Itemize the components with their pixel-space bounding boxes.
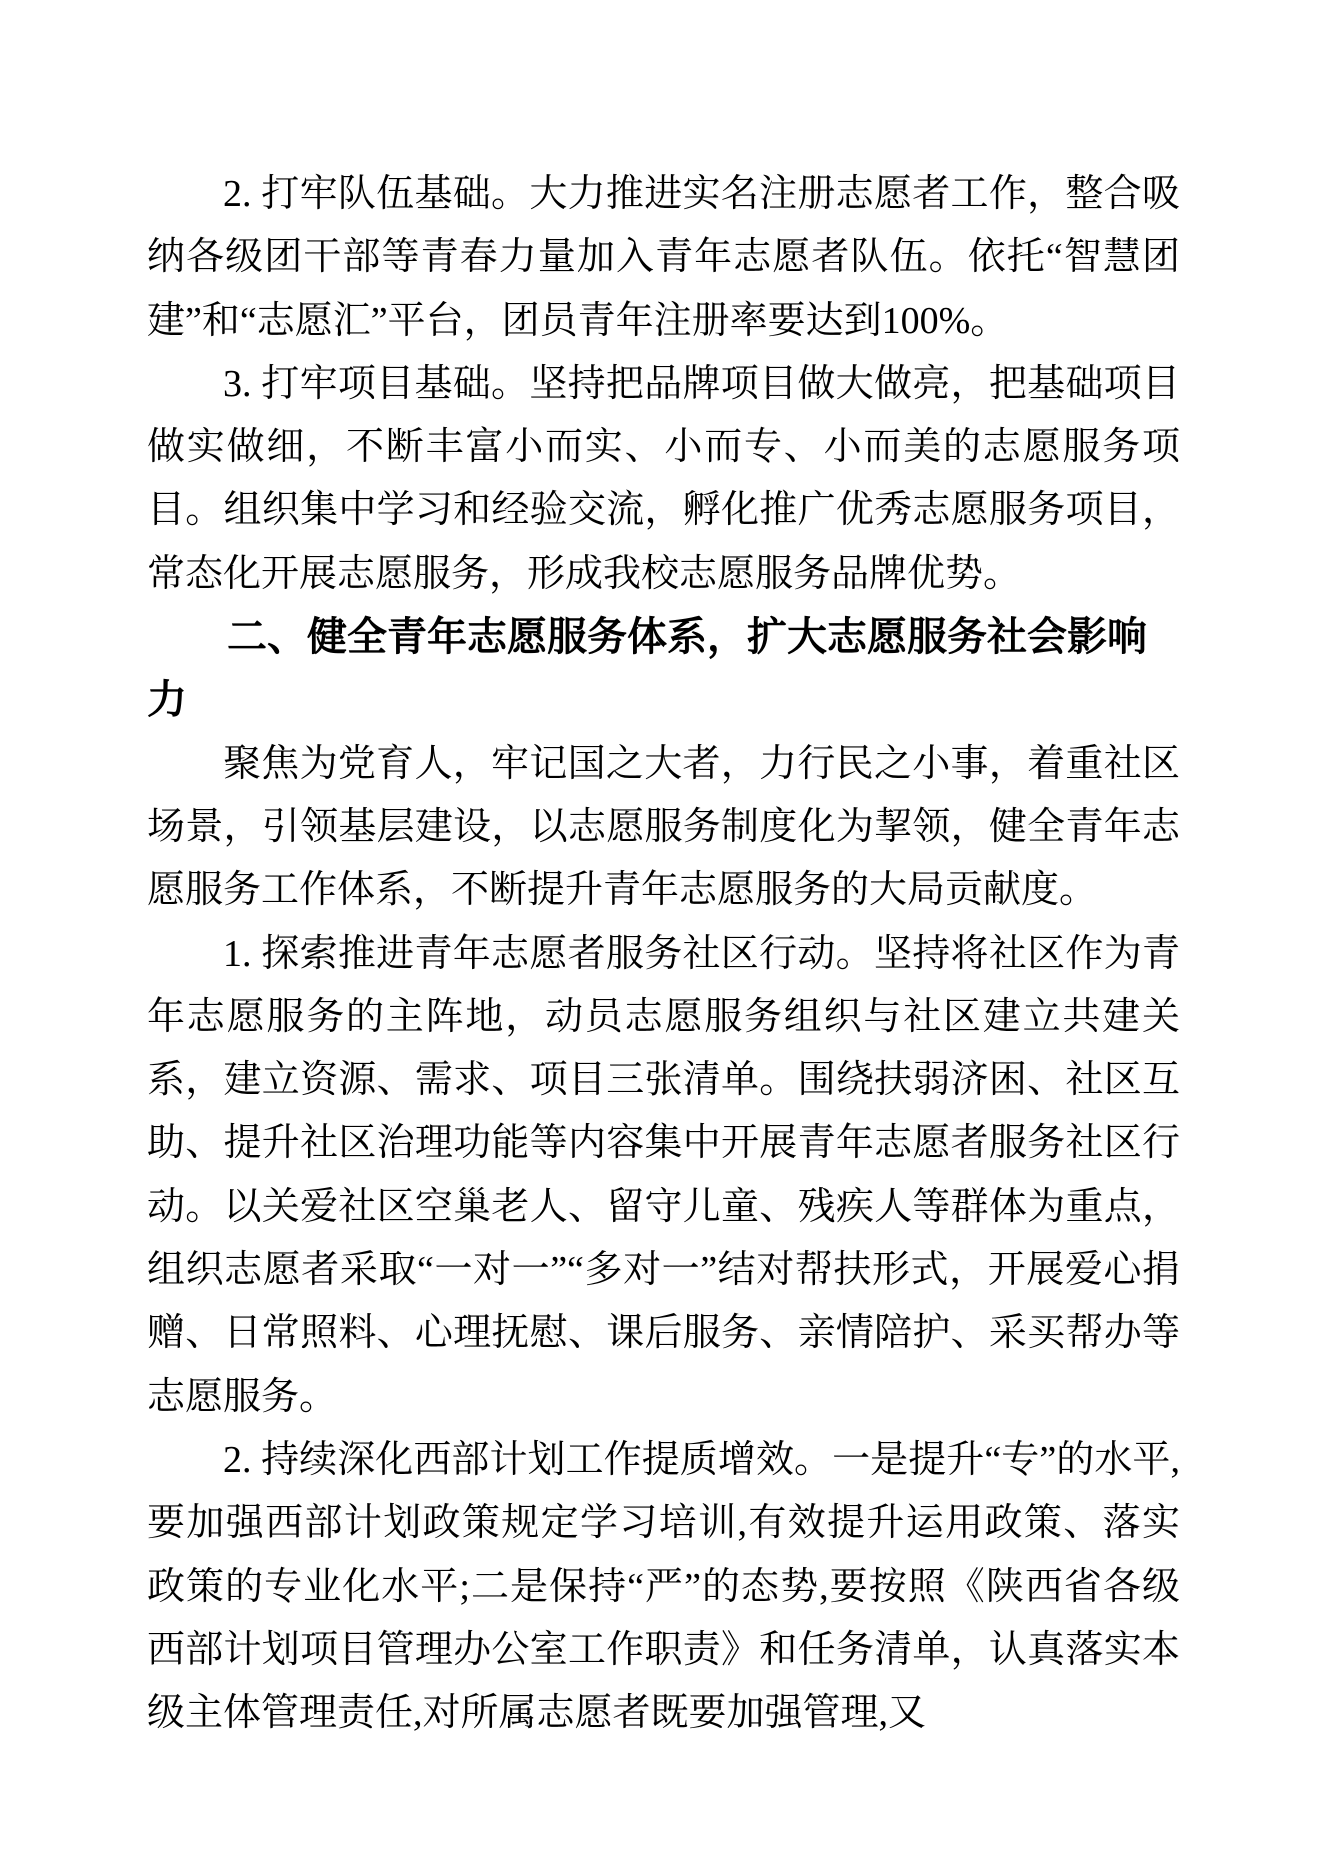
paragraph-community-action: 1. 探索推进青年志愿者服务社区行动。坚持将社区作为青年志愿服务的主阵地，动员志… <box>147 923 1180 1429</box>
paragraph-section-intro: 聚焦为党育人，牢记国之大者，力行民之小事，着重社区场景，引领基层建设，以志愿服务… <box>147 733 1180 923</box>
document-page: 2. 打牢队伍基础。大力推进实名注册志愿者工作，整合吸纳各级团干部等青春力量加入… <box>0 0 1323 1871</box>
paragraph-text: 一是提升“专”的水平,要加强西部计划政策规定学习培训,有效提升运用政策、落实政策… <box>147 1439 1180 1734</box>
paragraph-lead: 1. 探索推进青年志愿者服务社区行动。 <box>223 933 874 975</box>
paragraph-western-plan: 2. 持续深化西部计划工作提质增效。一是提升“专”的水平,要加强西部计划政策规定… <box>147 1429 1180 1745</box>
paragraph-lead: 2. 持续深化西部计划工作提质增效。 <box>223 1439 832 1481</box>
paragraph-text: 聚焦为党育人，牢记国之大者，力行民之小事，着重社区场景，引领基层建设，以志愿服务… <box>147 743 1180 912</box>
paragraph-project-foundation: 3. 打牢项目基础。坚持把品牌项目做大做亮，把基础项目做实做细，不断丰富小而实、… <box>147 353 1180 606</box>
paragraph-lead: 3. 打牢项目基础。 <box>223 363 529 405</box>
section-heading: 二、健全青年志愿服务体系，扩大志愿服务社会影响力 <box>147 606 1180 733</box>
paragraph-team-foundation: 2. 打牢队伍基础。大力推进实名注册志愿者工作，整合吸纳各级团干部等青春力量加入… <box>147 163 1180 353</box>
paragraph-lead: 2. 打牢队伍基础。 <box>223 173 529 215</box>
paragraph-text: 坚持将社区作为青年志愿服务的主阵地，动员志愿服务组织与社区建立共建关系，建立资源… <box>147 933 1180 1418</box>
